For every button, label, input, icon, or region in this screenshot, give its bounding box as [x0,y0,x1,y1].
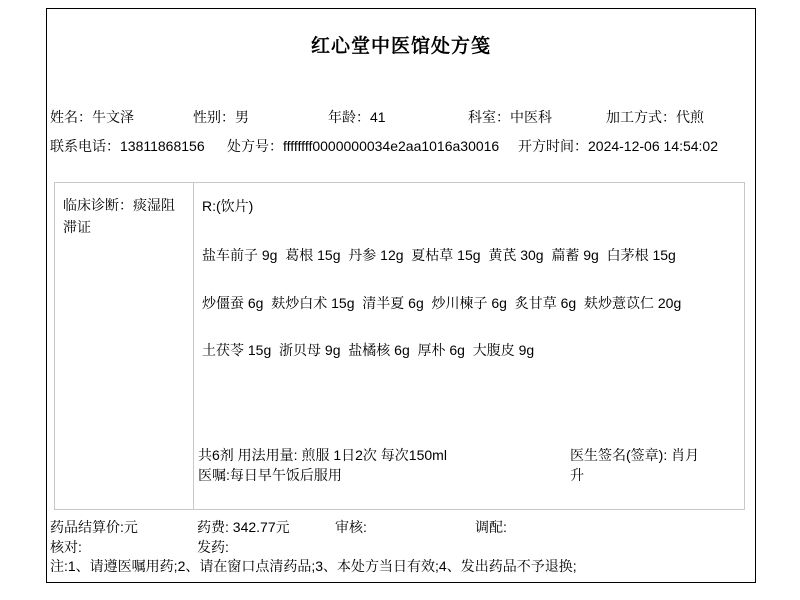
issue-time-label: 开方时间： [518,138,588,154]
diagnosis-cell: 临床诊断：痰湿阻滞证 [55,183,194,509]
settlement-price: 药品结算价:元 [50,517,138,537]
field-gender: 性别：男 [193,107,249,127]
herb-line: 盐车前子 9g 葛根 15g 丹参 12g 夏枯草 15g 黄芪 30g 萹蓄 … [202,245,676,265]
gender-value: 男 [235,109,249,125]
page-title: 红心堂中医馆处方笺 [46,33,756,61]
rx-number-value: ffffffff0000000034e2aa1016a30016 [283,138,499,154]
herb-line: 炒僵蚕 6g 麸炒白术 15g 清半夏 6g 炒川楝子 6g 炙甘草 6g 麸炒… [202,293,681,313]
issue-time-value: 2024-12-06 14:54:02 [588,138,718,154]
processing-value: 代煎 [676,109,704,125]
rx-header: R:(饮片) [202,196,253,216]
age-label: 年龄： [328,109,370,125]
patient-name-value: 牛文泽 [92,109,134,125]
advice-line: 医嘱:每日早午饭后服用 [198,465,342,485]
field-patient-name: 姓名：牛文泽 [50,107,134,127]
note-line: 注:1、请遵医嘱用药;2、请在窗口点清药品;3、本处方当日有效;4、发出药品不予… [50,556,577,576]
issue-label: 发药: [197,537,229,557]
phone-value: 13811868156 [120,138,205,154]
rx-number-label: 处方号： [227,138,283,154]
field-age: 年龄：41 [328,107,386,127]
rx-cell: R:(饮片) 盐车前子 9g 葛根 15g 丹参 12g 夏枯草 15g 黄芪 … [194,183,744,509]
patient-name-label: 姓名： [50,109,92,125]
department-value: 中医科 [510,109,552,125]
diagnosis-label: 临床诊断： [63,197,133,213]
field-rx-number: 处方号：ffffffff0000000034e2aa1016a30016 [227,136,499,156]
processing-label: 加工方式： [606,109,676,125]
field-processing: 加工方式：代煎 [606,107,704,127]
review-label: 审核: [335,517,367,537]
department-label: 科室： [468,109,510,125]
prescription-body: 临床诊断：痰湿阻滞证 R:(饮片) 盐车前子 9g 葛根 15g 丹参 12g … [54,182,745,510]
dosage-line: 共6剂 用法用量: 煎服 1日2次 每次150ml [198,445,447,465]
fee: 药费: 342.77元 [197,517,290,537]
gender-label: 性别： [193,109,235,125]
field-department: 科室：中医科 [468,107,552,127]
phone-label: 联系电话： [50,138,120,154]
field-issue-time: 开方时间：2024-12-06 14:54:02 [518,136,718,156]
doctor-signature: 医生签名(签章): 肖月升 [570,445,712,486]
herb-line: 土茯苓 15g 浙贝母 9g 盐橘核 6g 厚朴 6g 大腹皮 9g [202,340,534,360]
field-phone: 联系电话：13811868156 [50,136,205,156]
check-label: 核对: [50,537,82,557]
dispensing-label: 调配: [475,517,507,537]
age-value: 41 [370,109,386,125]
